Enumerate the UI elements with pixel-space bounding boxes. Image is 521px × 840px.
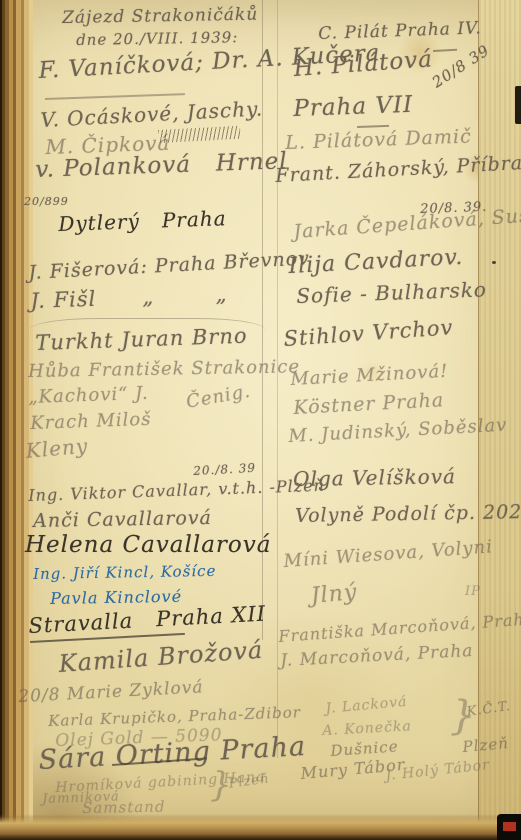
signature-entry: Samstand: [82, 800, 166, 816]
edge-dark-notch: [515, 86, 521, 124]
signature-entry: Dytlerý Praha: [58, 208, 227, 234]
margin-number: 20/899: [24, 196, 69, 207]
guestbook-page-scan: Zájezd Strakoničáků dne 20./VIII. 1939: …: [0, 0, 521, 840]
signature-entry: Helena Cavallarová: [25, 534, 271, 557]
signature-entry: Ing. Jiří Kincl, Košíce: [33, 564, 217, 582]
column-divider-line-2: [277, 0, 278, 758]
signature-entry: Olga Velíšková: [293, 466, 456, 489]
watermark-red-bar: [503, 822, 516, 831]
signature-entry: Praha VII: [293, 94, 414, 121]
signature-entry: Plzeň: [462, 736, 509, 755]
signature-entry: Sofie - Bulharsko: [296, 279, 487, 306]
page-bottom-edges: [0, 810, 521, 840]
signature-entry: Anči Cavallarová: [33, 509, 212, 531]
page-title: Zájezd Strakoničáků: [62, 7, 258, 27]
date-note: 20./8. 39: [193, 462, 256, 477]
ink-speck: [492, 261, 496, 264]
signature-entry: Krach Miloš: [30, 411, 152, 433]
signature-entry: Hůba František Strakonice: [28, 358, 300, 381]
page-date: dne 20./VIII. 1939:: [76, 30, 238, 48]
signature-entry: Kleny: [25, 436, 89, 461]
signature-entry: „Kachovi“ J.: [28, 385, 149, 407]
corner-watermark: [497, 814, 521, 840]
signature-entry: Volyně Podolí čp. 202: [295, 503, 521, 526]
margin-note: IP: [465, 585, 481, 598]
signature-entry: Pavla Kinclové: [50, 589, 182, 607]
signature-flourish-entry: Jlný: [310, 582, 358, 608]
